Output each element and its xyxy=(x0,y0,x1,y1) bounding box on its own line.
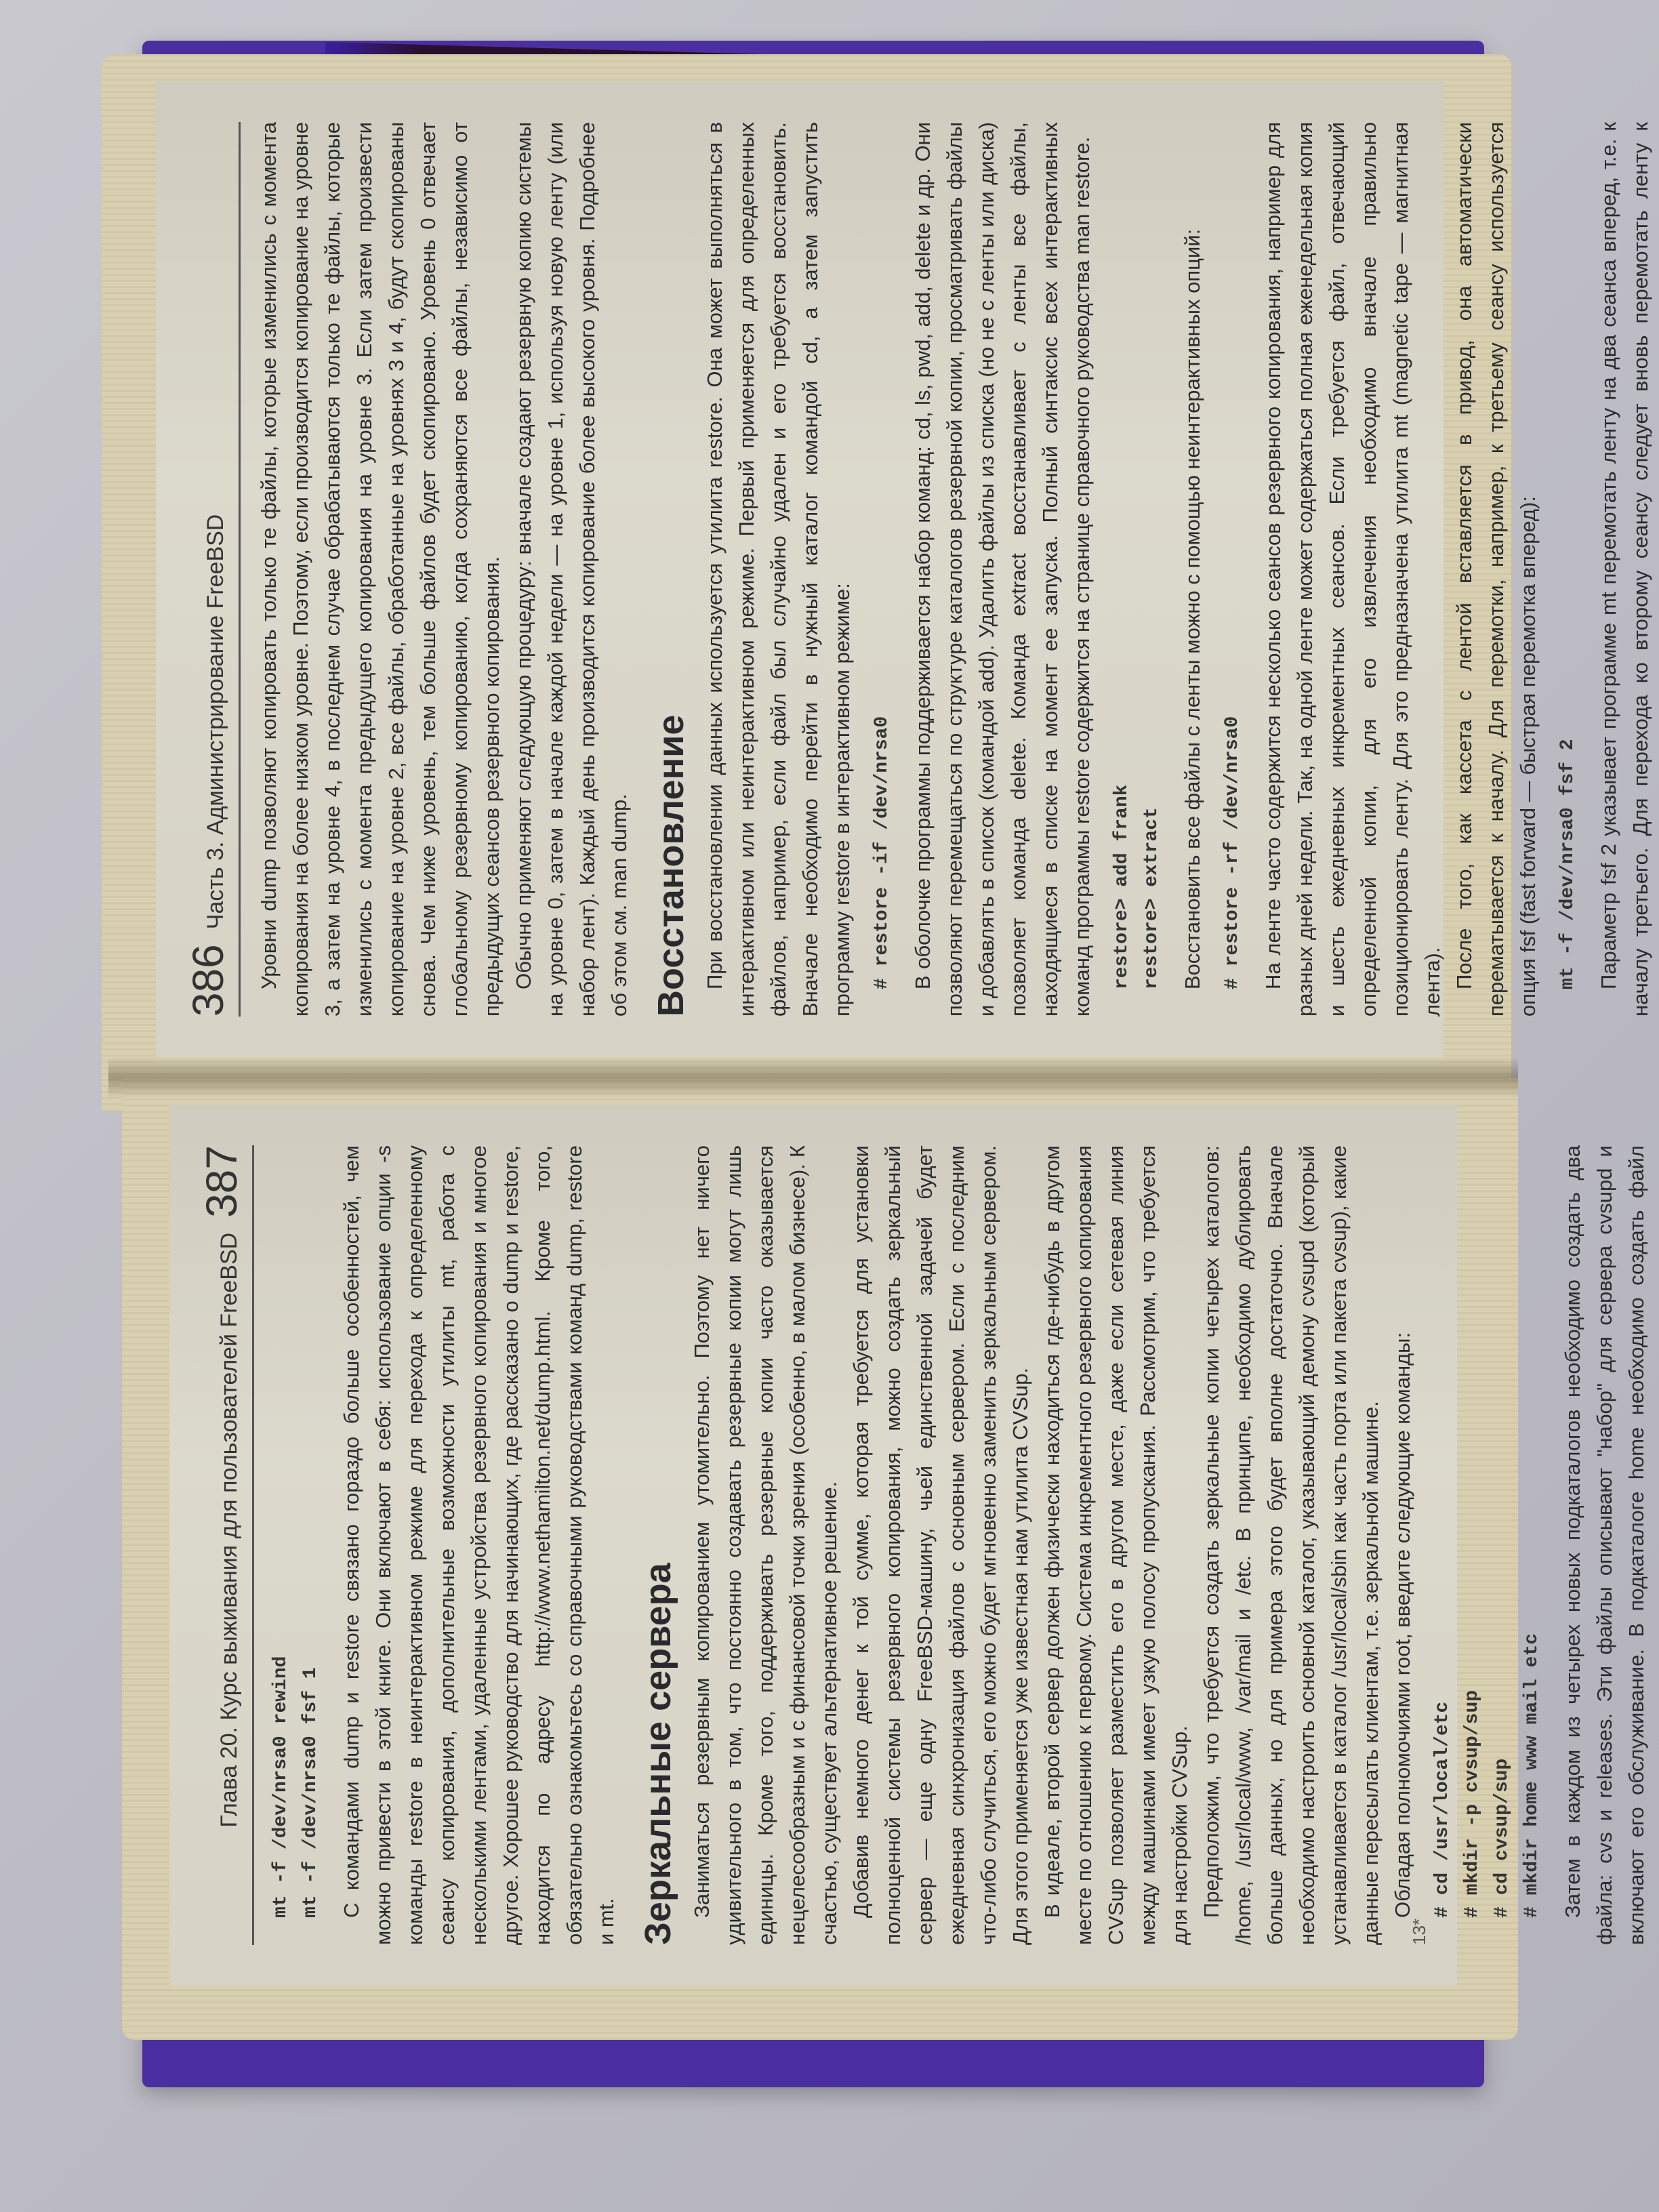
page-number: 387 xyxy=(197,1145,247,1218)
signature-mark: 13* xyxy=(1409,1919,1430,1945)
page-number: 386 xyxy=(183,944,233,1017)
paragraph: Затем в каждом из четырех новых подкатал… xyxy=(1557,1145,1659,1945)
code-block: mt -f /dev/nrsa0 rewind mt -f /dev/nrsa0… xyxy=(266,1145,326,1918)
book-page-386: 386 Часть 3. Администрирование FreeBSD У… xyxy=(156,81,1443,1057)
code-block: # cd /usr/local/etc # mkdir -p cvsup/sup… xyxy=(1428,1145,1547,1918)
running-head-text: Глава 20. Курс выживания для пользовател… xyxy=(216,1233,243,1828)
running-head: Глава 20. Курс выживания для пользовател… xyxy=(197,1145,254,1945)
code-block: # restore -if /dev/nrsa0 xyxy=(867,122,897,989)
paragraph: Уровни dump позволяют копировать только … xyxy=(253,122,508,1017)
paragraph: На ленте часто содержится несколько сеан… xyxy=(1257,122,1448,1017)
running-head: 386 Часть 3. Администрирование FreeBSD xyxy=(183,122,241,1017)
book-gutter xyxy=(108,1057,1518,1098)
paragraph: В идеале, второй сервер должен физически… xyxy=(1036,1145,1195,1945)
paragraph: В оболочке программы поддерживается набо… xyxy=(907,122,1098,1017)
running-head-text: Часть 3. Администрирование FreeBSD xyxy=(203,514,229,930)
paragraph: С командами dump и restore связано гораз… xyxy=(335,1145,622,1945)
paragraph: При восстановлении данных используется у… xyxy=(699,122,858,1017)
code-block: # restore -rf /dev/nrsa0 xyxy=(1218,122,1248,989)
paragraph: Предположим, что требуется создать зерка… xyxy=(1195,1145,1387,1945)
paragraph: Восстановить все файлы с ленты можно с п… xyxy=(1176,122,1208,1017)
code-block: mt -f /dev/nrsa0 fsf 2 xyxy=(1553,122,1583,989)
paragraph: Обычно применяют следующую процедуру: вн… xyxy=(508,122,635,1017)
paragraph: После того, как кассета с лентой вставля… xyxy=(1448,122,1544,1017)
section-heading: Восстановление xyxy=(650,122,692,1017)
paragraph: Добавив немного денег к той сумме, котор… xyxy=(845,1145,1036,1945)
paragraph: Обладая полномочиями root, введите следу… xyxy=(1387,1145,1418,1945)
paragraph: Заниматься резервным копированием утомит… xyxy=(686,1145,845,1945)
code-block: restore> add frank restore> extract xyxy=(1107,122,1167,989)
section-heading: Зеркальные сервера xyxy=(637,1145,679,1945)
paragraph: Параметр fsf 2 указывает программе mt пе… xyxy=(1593,122,1659,1017)
book-page-387: Глава 20. Курс выживания для пользовател… xyxy=(169,1105,1457,1986)
